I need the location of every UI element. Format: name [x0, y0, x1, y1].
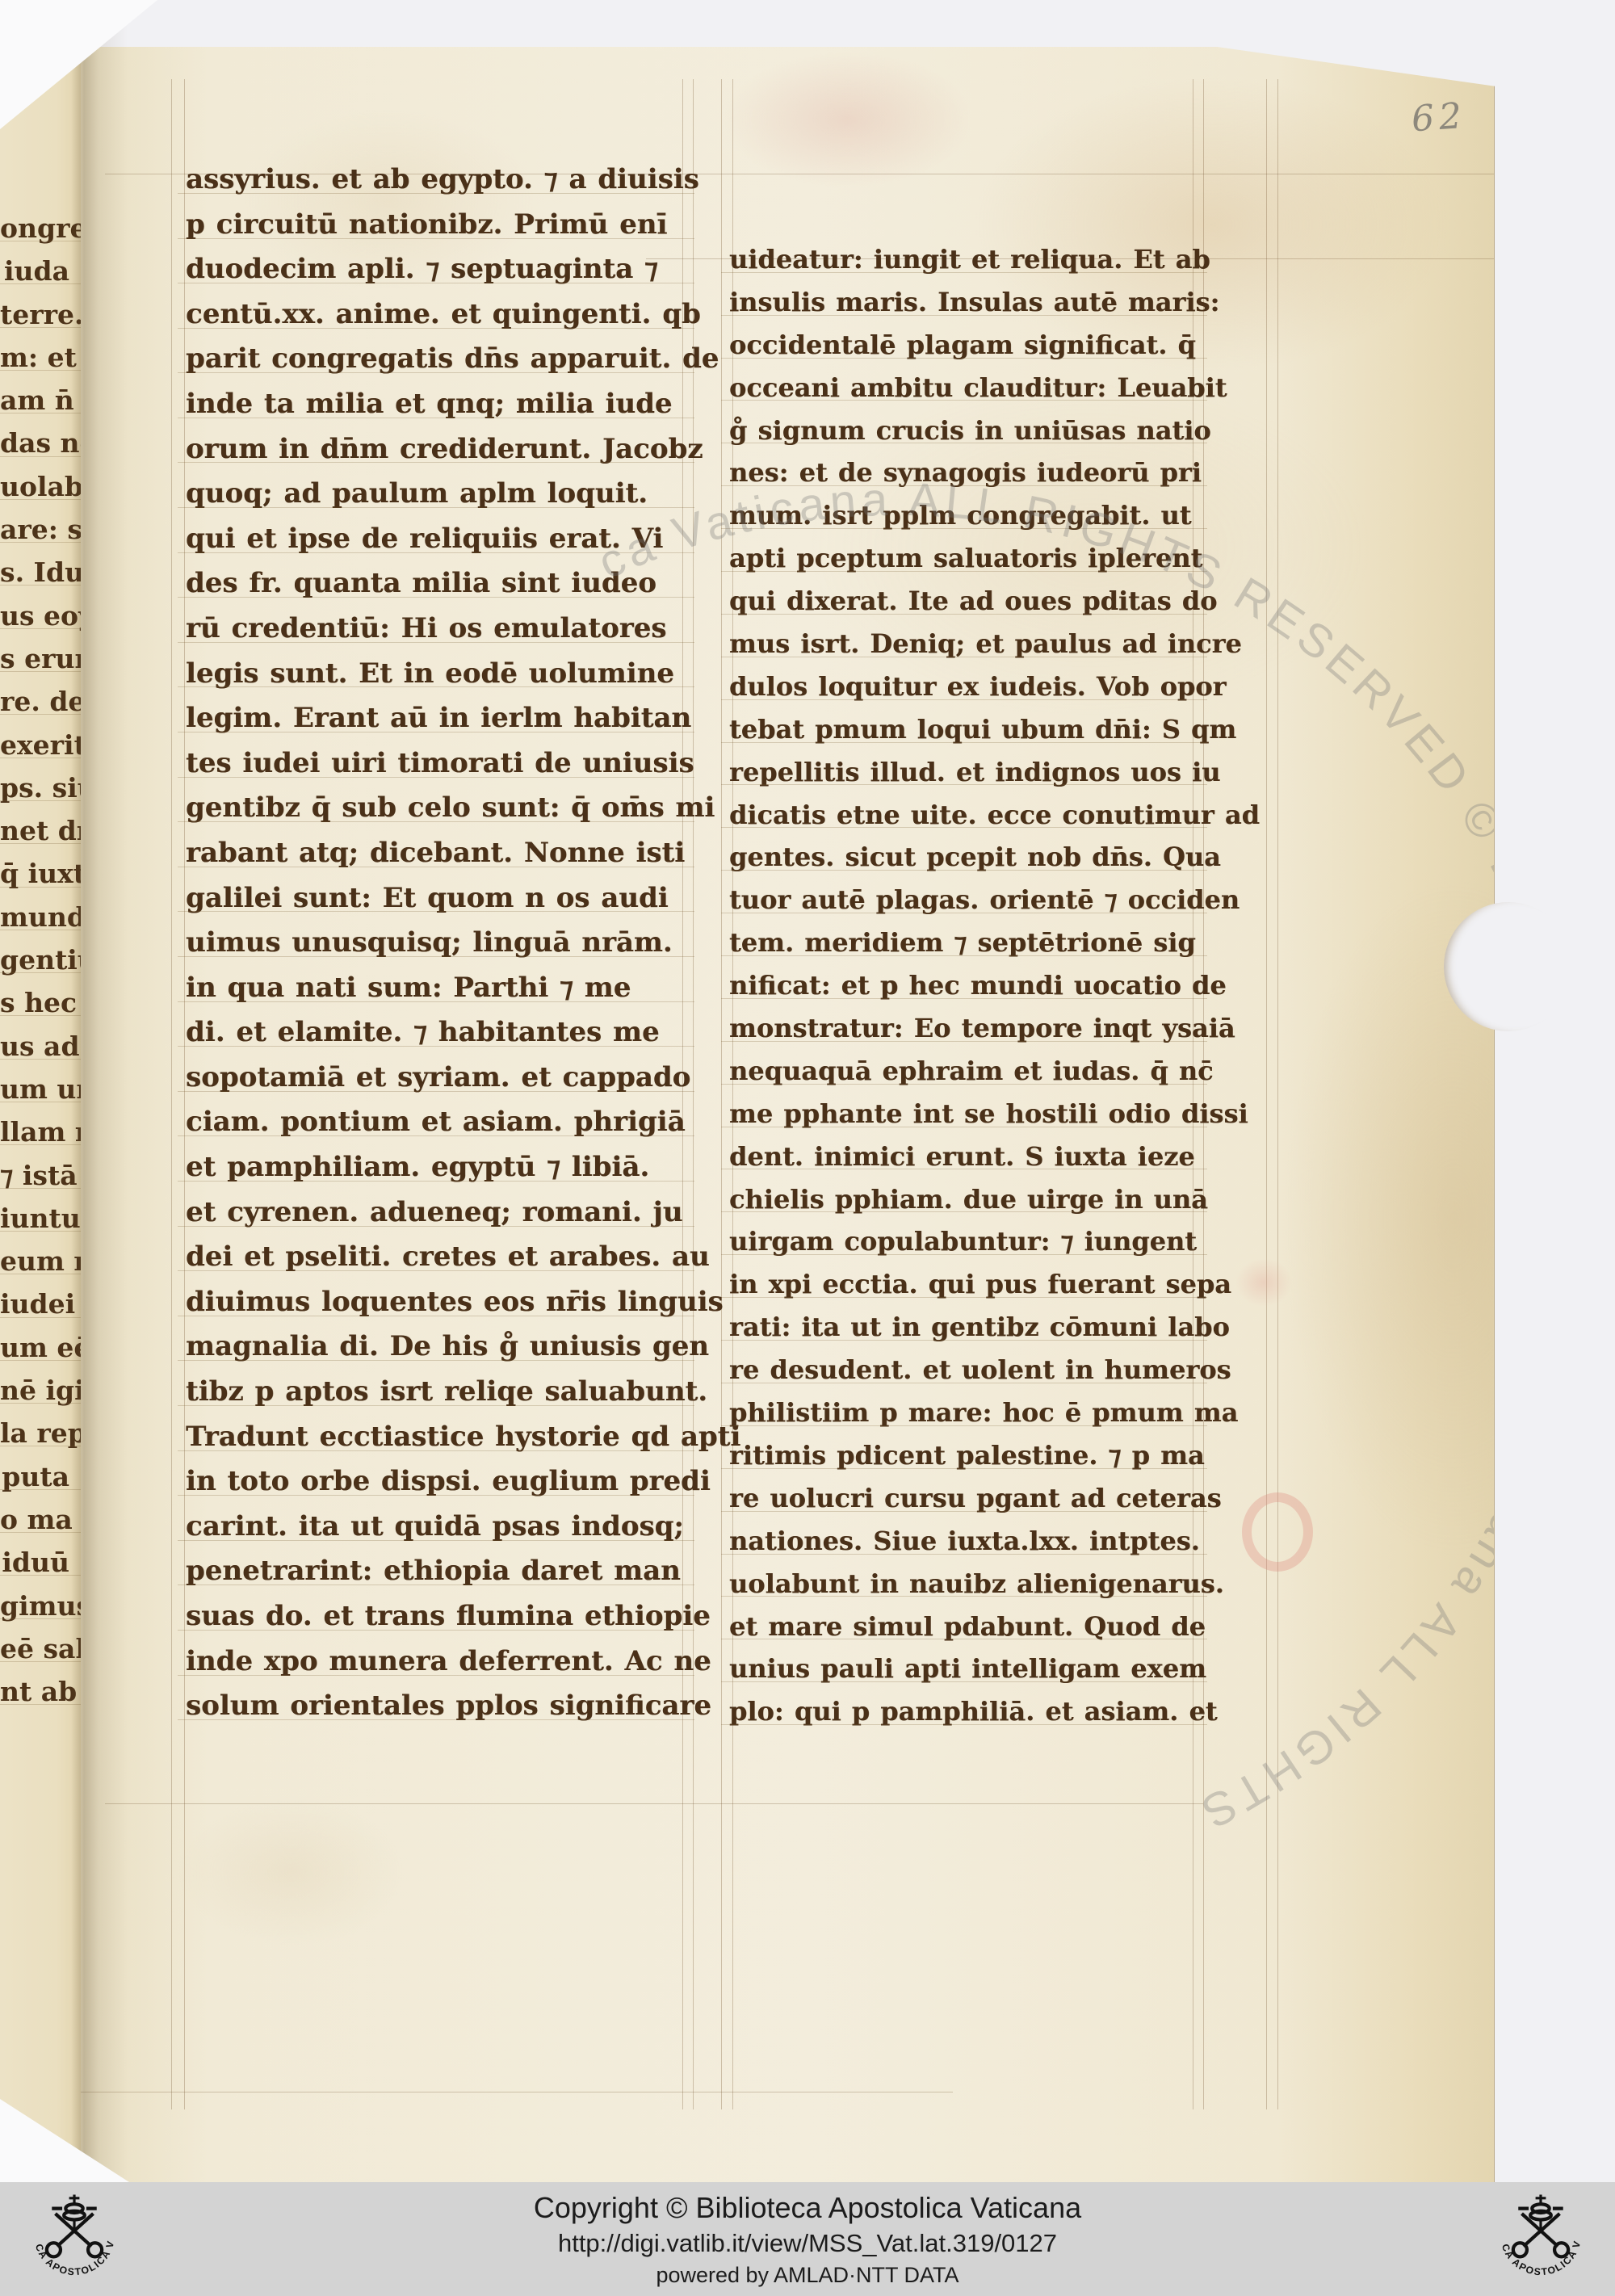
manuscript-line: chielis pphiam. due uirge in unā	[729, 1178, 1196, 1221]
vatican-library-logo-right: BIBLIOTECA APOSTOLICA VATICANA	[1489, 2189, 1592, 2290]
manuscript-line: unius pauli apti intelligam exem	[729, 1647, 1196, 1690]
manuscript-line: carint. ita ut quidā psas indosq;	[186, 1505, 683, 1550]
manuscript-line: tebat pmum loqui ubum dn̄i: S qm	[729, 708, 1196, 751]
manuscript-line: in xpi ecctia. qui pus fuerant sepa	[729, 1263, 1196, 1306]
manuscript-line: centū.xx. anime. et quingenti. qb	[186, 292, 683, 338]
scan-photo-area: ongregaiudaterre.m: etam n̄das nōuolabt̄…	[0, 0, 1615, 2182]
footer-url: http://digi.vatlib.it/view/MSS_Vat.lat.3…	[126, 2227, 1489, 2260]
manuscript-line: rū credentiū: Hi os emulatores	[186, 607, 683, 652]
manuscript-line: assyrius. et ab egypto. ⁊ a diuisis	[186, 157, 683, 203]
manuscript-line: legim. Erant aū in ierlm habitan	[186, 696, 683, 741]
manuscript-line: et mare simul pdabunt. Quod de	[729, 1606, 1196, 1648]
manuscript-line-fragment: ongrega	[0, 207, 73, 250]
facing-page-text-fragments: ongregaiudaterre.m: etam n̄das nōuolabt̄…	[0, 207, 73, 1713]
vatican-library-logo-left: BIBLIOTECA APOSTOLICA VATICANA	[23, 2189, 126, 2290]
manuscript-line: parit congregatis dn̄s apparuit. de	[186, 337, 683, 382]
manuscript-line-fragment: are: si	[0, 508, 73, 551]
manuscript-line: p circuitū nationibz. Primū enī	[186, 203, 683, 248]
crossed-keys-emblem	[47, 2194, 102, 2256]
manuscript-line: gentes. sicut pcepit nob dn̄s. Qua	[729, 836, 1196, 879]
manuscript-line-fragment: mundi.	[0, 896, 73, 938]
manuscript-line: tem. meridiem ⁊ septētrionē sig	[729, 921, 1196, 964]
manuscript-line: g̊ signum crucis in uniūsas natio	[729, 409, 1196, 452]
ruling-vertical	[693, 79, 694, 2109]
manuscript-line-fragment: nē igit̄	[0, 1369, 73, 1412]
manuscript-line: suas do. et trans flumina ethiopie	[186, 1594, 683, 1639]
ruling-vertical	[171, 79, 172, 2109]
manuscript-line: philistiim p mare: hoc ē pmum ma	[729, 1391, 1196, 1434]
manuscript-line-fragment: puta	[0, 1455, 73, 1498]
manuscript-line: uirgam copulabuntur: ⁊ iungent	[729, 1220, 1196, 1263]
manuscript-line: dent. inimici erunt. S iuxta ieze	[729, 1135, 1196, 1178]
footer-powered-by: powered by AMLAD·NTT DATA	[126, 2260, 1489, 2290]
text-column-right: uideatur: iungit et reliqua. Et abinsuli…	[729, 238, 1196, 1733]
manuscript-line: occidentalē plagam significat. q̄	[729, 324, 1196, 367]
manuscript-line: Tradunt ecctiastice hystorie qd apti	[186, 1415, 683, 1460]
showthrough-stain	[1235, 1258, 1292, 1307]
manuscript-line: insulis maris. Insulas autē maris:	[729, 281, 1196, 324]
manuscript-line: diuimus loquentes eos nr̄is linguis	[186, 1280, 683, 1325]
ruling-vertical	[1266, 79, 1267, 2109]
manuscript-line: rabant atq; dicebant. Nonne isti	[186, 831, 683, 876]
manuscript-line: inde ta milia et qnq; milia iude	[186, 382, 683, 427]
ruling-vertical	[1277, 79, 1278, 2109]
manuscript-line-fragment: s erunt.	[0, 637, 73, 680]
footer-text-block: Copyright © Biblioteca Apostolica Vatica…	[126, 2189, 1489, 2290]
manuscript-line: solum orientales pplos significare	[186, 1684, 683, 1729]
manuscript-line: occeani ambitu clauditur: Leuabit	[729, 367, 1196, 409]
manuscript-line: tuor autē plagas. orientē ⁊ occiden	[729, 879, 1196, 921]
manuscript-line-fragment: um una	[0, 1068, 73, 1110]
manuscript-line-fragment: ⁊ istā	[0, 1154, 73, 1197]
manuscript-line-fragment: uolabt̄	[0, 465, 73, 508]
manuscript-line: me pphante int se hostili odio dissi	[729, 1093, 1196, 1135]
manuscript-line: repellitis illud. et indignos uos iu	[729, 751, 1196, 794]
manuscript-line: uolabunt in nauibz alienigenarus.	[729, 1563, 1196, 1606]
manuscript-line: rati: ita ut in gentibz cōmuni labo	[729, 1306, 1196, 1349]
manuscript-line-fragment: eē sal	[0, 1627, 73, 1670]
manuscript-line-fragment: iuntur.	[0, 1197, 73, 1240]
manuscript-line: re desudent. et uolent in humeros	[729, 1349, 1196, 1391]
manuscript-page: assyrius. et ab egypto. ⁊ a diuisisp cir…	[81, 47, 1495, 2182]
manuscript-line: nationes. Siue iuxta.lxx. intptes.	[729, 1520, 1196, 1563]
manuscript-line-fragment: gentiū	[0, 938, 73, 981]
manuscript-line: nificat: et p hec mundi uocatio de	[729, 964, 1196, 1007]
facing-page-edge: ongregaiudaterre.m: etam n̄das nōuolabt̄…	[0, 0, 81, 2182]
manuscript-line-fragment: um eē	[0, 1326, 73, 1369]
manuscript-line-fragment: nt ab	[0, 1670, 73, 1713]
copyright-footer-bar: BIBLIOTECA APOSTOLICA VATICANA Copyright…	[0, 2182, 1615, 2296]
manuscript-line-fragment: iduū	[0, 1541, 73, 1584]
manuscript-line-fragment: exerit	[0, 724, 73, 766]
manuscript-line-fragment: iuda	[0, 250, 73, 292]
manuscript-line: uimus unusquisq; linguā nrām.	[186, 921, 683, 966]
manuscript-line-fragment: am n̄	[0, 379, 73, 422]
ruling-horizontal	[105, 1803, 1203, 1804]
manuscript-line-fragment: m: et	[0, 336, 73, 379]
manuscript-line: qui dixerat. Ite ad oues pditas do	[729, 580, 1196, 623]
manuscript-line: et pamphiliam. egyptū ⁊ libiā.	[186, 1145, 683, 1190]
manuscript-line: dicatis etne uite. ecce conutimur ad	[729, 794, 1196, 837]
manuscript-line-fragment: s hec	[0, 981, 73, 1024]
manuscript-line: di. et elamite. ⁊ habitantes me	[186, 1010, 683, 1056]
manuscript-line-fragment: gimus.	[0, 1585, 73, 1627]
manuscript-line: ritimis pdicent palestine. ⁊ p ma	[729, 1434, 1196, 1477]
manuscript-line: sopotamiā et syriam. et cappado	[186, 1056, 683, 1101]
manuscript-line: uideatur: iungit et reliqua. Et ab	[729, 238, 1196, 281]
footer-copyright: Copyright © Biblioteca Apostolica Vatica…	[126, 2189, 1489, 2227]
manuscript-line-fragment: ps. siue	[0, 766, 73, 809]
ruling-vertical	[184, 79, 185, 2109]
showthrough-initial	[1242, 1492, 1313, 1572]
manuscript-line: penetrarint: ethiopia daret man	[186, 1549, 683, 1594]
manuscript-line-fragment: s. Idu	[0, 551, 73, 594]
manuscript-line-fragment: la repu	[0, 1412, 73, 1454]
manuscript-line-fragment: terre.	[0, 293, 73, 336]
manuscript-line: in toto orbe dispsi. euglium predi	[186, 1459, 683, 1505]
manuscript-line-fragment: iudei	[0, 1282, 73, 1325]
manuscript-line: duodecim apli. ⁊ septuaginta ⁊	[186, 247, 683, 292]
text-column-left: assyrius. et ab egypto. ⁊ a diuisisp cir…	[186, 157, 683, 1729]
ruling-vertical	[721, 79, 722, 2109]
manuscript-line-fragment: us eoys.	[0, 594, 73, 637]
manuscript-line: plo: qui p pamphiliā. et asiam. et	[729, 1690, 1196, 1733]
manuscript-line: quoq; ad paulum aplm loquit.	[186, 472, 683, 517]
manuscript-line-fragment: net dn̄s	[0, 809, 73, 852]
manuscript-line-fragment: eum re	[0, 1240, 73, 1282]
manuscript-line: nequaquā ephraim et iudas. q̄ nc̄	[729, 1050, 1196, 1093]
manuscript-line: legis sunt. Et in eodē uolumine	[186, 652, 683, 697]
manuscript-line-fragment: re. deq̊	[0, 680, 73, 723]
manuscript-line: et cyrenen. adueneq; romani. ju	[186, 1190, 683, 1236]
ruling-horizontal	[81, 2092, 953, 2092]
manuscript-line-fragment: das nō	[0, 422, 73, 464]
manuscript-line-fragment: us ad	[0, 1025, 73, 1068]
manuscript-line: gentibz q̄ sub celo sunt: q̄ om̄s mi	[186, 786, 683, 831]
manuscript-line: re uolucri cursu pgant ad ceteras	[729, 1477, 1196, 1520]
manuscript-line: tibz p aptos isrt reliqe saluabunt.	[186, 1370, 683, 1415]
manuscript-line: dei et pseliti. cretes et arabes. au	[186, 1235, 683, 1280]
manuscript-line: qui et ipse de reliquiis erat. Vi	[186, 517, 683, 562]
folio-number: 62	[1410, 95, 1467, 141]
manuscript-line: orum in dn̄m crediderunt. Jacobz	[186, 427, 683, 472]
manuscript-line-fragment: q̄ iuxta	[0, 852, 73, 895]
manuscript-line: in qua nati sum: Parthi ⁊ me	[186, 966, 683, 1011]
parchment-edge-notch	[1444, 902, 1573, 1031]
manuscript-line-fragment: llam re	[0, 1110, 73, 1153]
manuscript-line: nes: et de synagogis iudeorū pri	[729, 451, 1196, 494]
manuscript-line: mum. isrt pplm congregabit. ut	[729, 494, 1196, 537]
manuscript-line: des fr. quanta milia sint iudeo	[186, 561, 683, 607]
manuscript-line: monstratur: Eo tempore inqt ysaiā	[729, 1007, 1196, 1050]
manuscript-line: apti pceptum saluatoris iplerent	[729, 537, 1196, 580]
manuscript-line: ciam. pontium et asiam. phrigiā	[186, 1100, 683, 1145]
manuscript-line: dulos loquitur ex iudeis. Vob opor	[729, 665, 1196, 708]
manuscript-line: inde xpo munera deferrent. Ac ne	[186, 1639, 683, 1685]
manuscript-line: magnalia di. De his g̊ uniusis gen	[186, 1324, 683, 1370]
crossed-keys-emblem	[1513, 2194, 1568, 2256]
manuscript-line: mus isrt. Deniq; et paulus ad incre	[729, 623, 1196, 665]
manuscript-line-fragment: o ma	[0, 1498, 73, 1541]
manuscript-line: tes iudei uiri timorati de uniusis	[186, 741, 683, 787]
manuscript-line: galilei sunt: Et quom n os audi	[186, 876, 683, 921]
